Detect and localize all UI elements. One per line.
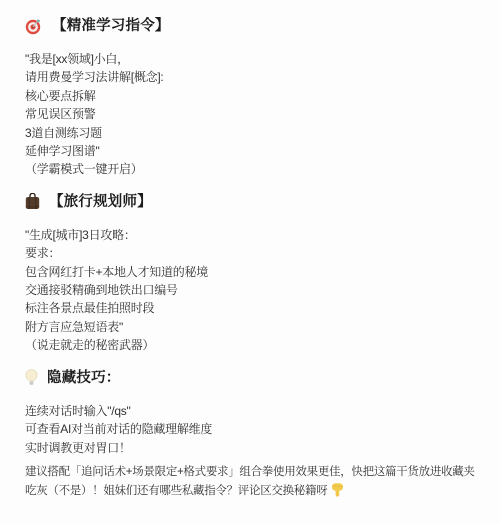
footer-line: 吃灰（不是）！姐妹们还有哪些私藏指令？评论区交换秘籍呀	[25, 482, 482, 501]
pointing-down-icon	[330, 482, 345, 497]
text-line: 要求：	[25, 244, 482, 262]
section: 【旅行规划师】"生成[城市]3日攻略：要求：包含网红打卡+本地人才知道的秘境交通…	[25, 192, 482, 355]
section-title: 隐藏技巧：	[47, 368, 121, 388]
section-header: 【精准学习指令】	[25, 16, 482, 36]
section-header: 隐藏技巧：	[25, 368, 482, 388]
footer-text: 吃灰（不是）！姐妹们还有哪些私藏指令？评论区交换秘籍呀	[25, 485, 327, 497]
section: 【精准学习指令】"我是[xx领域]小白，请用费曼学习法讲解[概念]:核心要点拆解…	[25, 16, 482, 179]
text-line: 请用费曼学习法讲解[概念]:	[25, 68, 482, 86]
text-line: （说走就走的秘密武器）	[25, 336, 482, 354]
text-line: 包含网红打卡+本地人才知道的秘境	[25, 263, 482, 281]
section-title: 【旅行规划师】	[49, 192, 152, 212]
text-line: 常见误区预警	[25, 105, 482, 123]
section-body: "我是[xx领域]小白，请用费曼学习法讲解[概念]:核心要点拆解常见误区预警3道…	[25, 50, 482, 179]
text-line: 实时调教更对胃口！	[25, 439, 482, 457]
text-line: "我是[xx领域]小白，	[25, 50, 482, 68]
text-line: 延伸学习图谱"	[25, 142, 482, 160]
footer-line: 建议搭配「追问话术+场景限定+格式要求」组合拳使用效果更佳，快把这篇干货放进收藏…	[25, 463, 482, 482]
section-title: 【精准学习指令】	[52, 16, 170, 36]
section-header: 【旅行规划师】	[25, 192, 482, 212]
text-line: 可查看AI对当前对话的隐藏理解维度	[25, 420, 482, 438]
text-line: （学霸模式一键开启）	[25, 160, 482, 178]
target-icon	[25, 17, 43, 35]
footer-paragraph: 建议搭配「追问话术+场景限定+格式要求」组合拳使用效果更佳，快把这篇干货放进收藏…	[25, 463, 482, 501]
text-line: 3道自测练习题	[25, 124, 482, 142]
post-body: 【精准学习指令】"我是[xx领域]小白，请用费曼学习法讲解[概念]:核心要点拆解…	[0, 0, 500, 501]
text-line: "生成[城市]3日攻略：	[25, 226, 482, 244]
section-body: 连续对话时输入"/qs"可查看AI对当前对话的隐藏理解维度实时调教更对胃口！	[25, 402, 482, 457]
text-line: 核心要点拆解	[25, 87, 482, 105]
lightbulb-icon	[25, 369, 38, 386]
luggage-icon	[25, 193, 40, 210]
text-line: 标注各景点最佳拍照时段	[25, 299, 482, 317]
section: 隐藏技巧：连续对话时输入"/qs"可查看AI对当前对话的隐藏理解维度实时调教更对…	[25, 368, 482, 457]
footer-text: 建议搭配「追问话术+场景限定+格式要求」组合拳使用效果更佳，快把这篇干货放进收藏…	[25, 466, 475, 478]
text-line: 交通接驳精确到地铁出口编号	[25, 281, 482, 299]
sections: 【精准学习指令】"我是[xx领域]小白，请用费曼学习法讲解[概念]:核心要点拆解…	[25, 16, 482, 457]
text-line: 连续对话时输入"/qs"	[25, 402, 482, 420]
text-line: 附方言应急短语表"	[25, 318, 482, 336]
section-body: "生成[城市]3日攻略：要求：包含网红打卡+本地人才知道的秘境交通接驳精确到地铁…	[25, 226, 482, 355]
